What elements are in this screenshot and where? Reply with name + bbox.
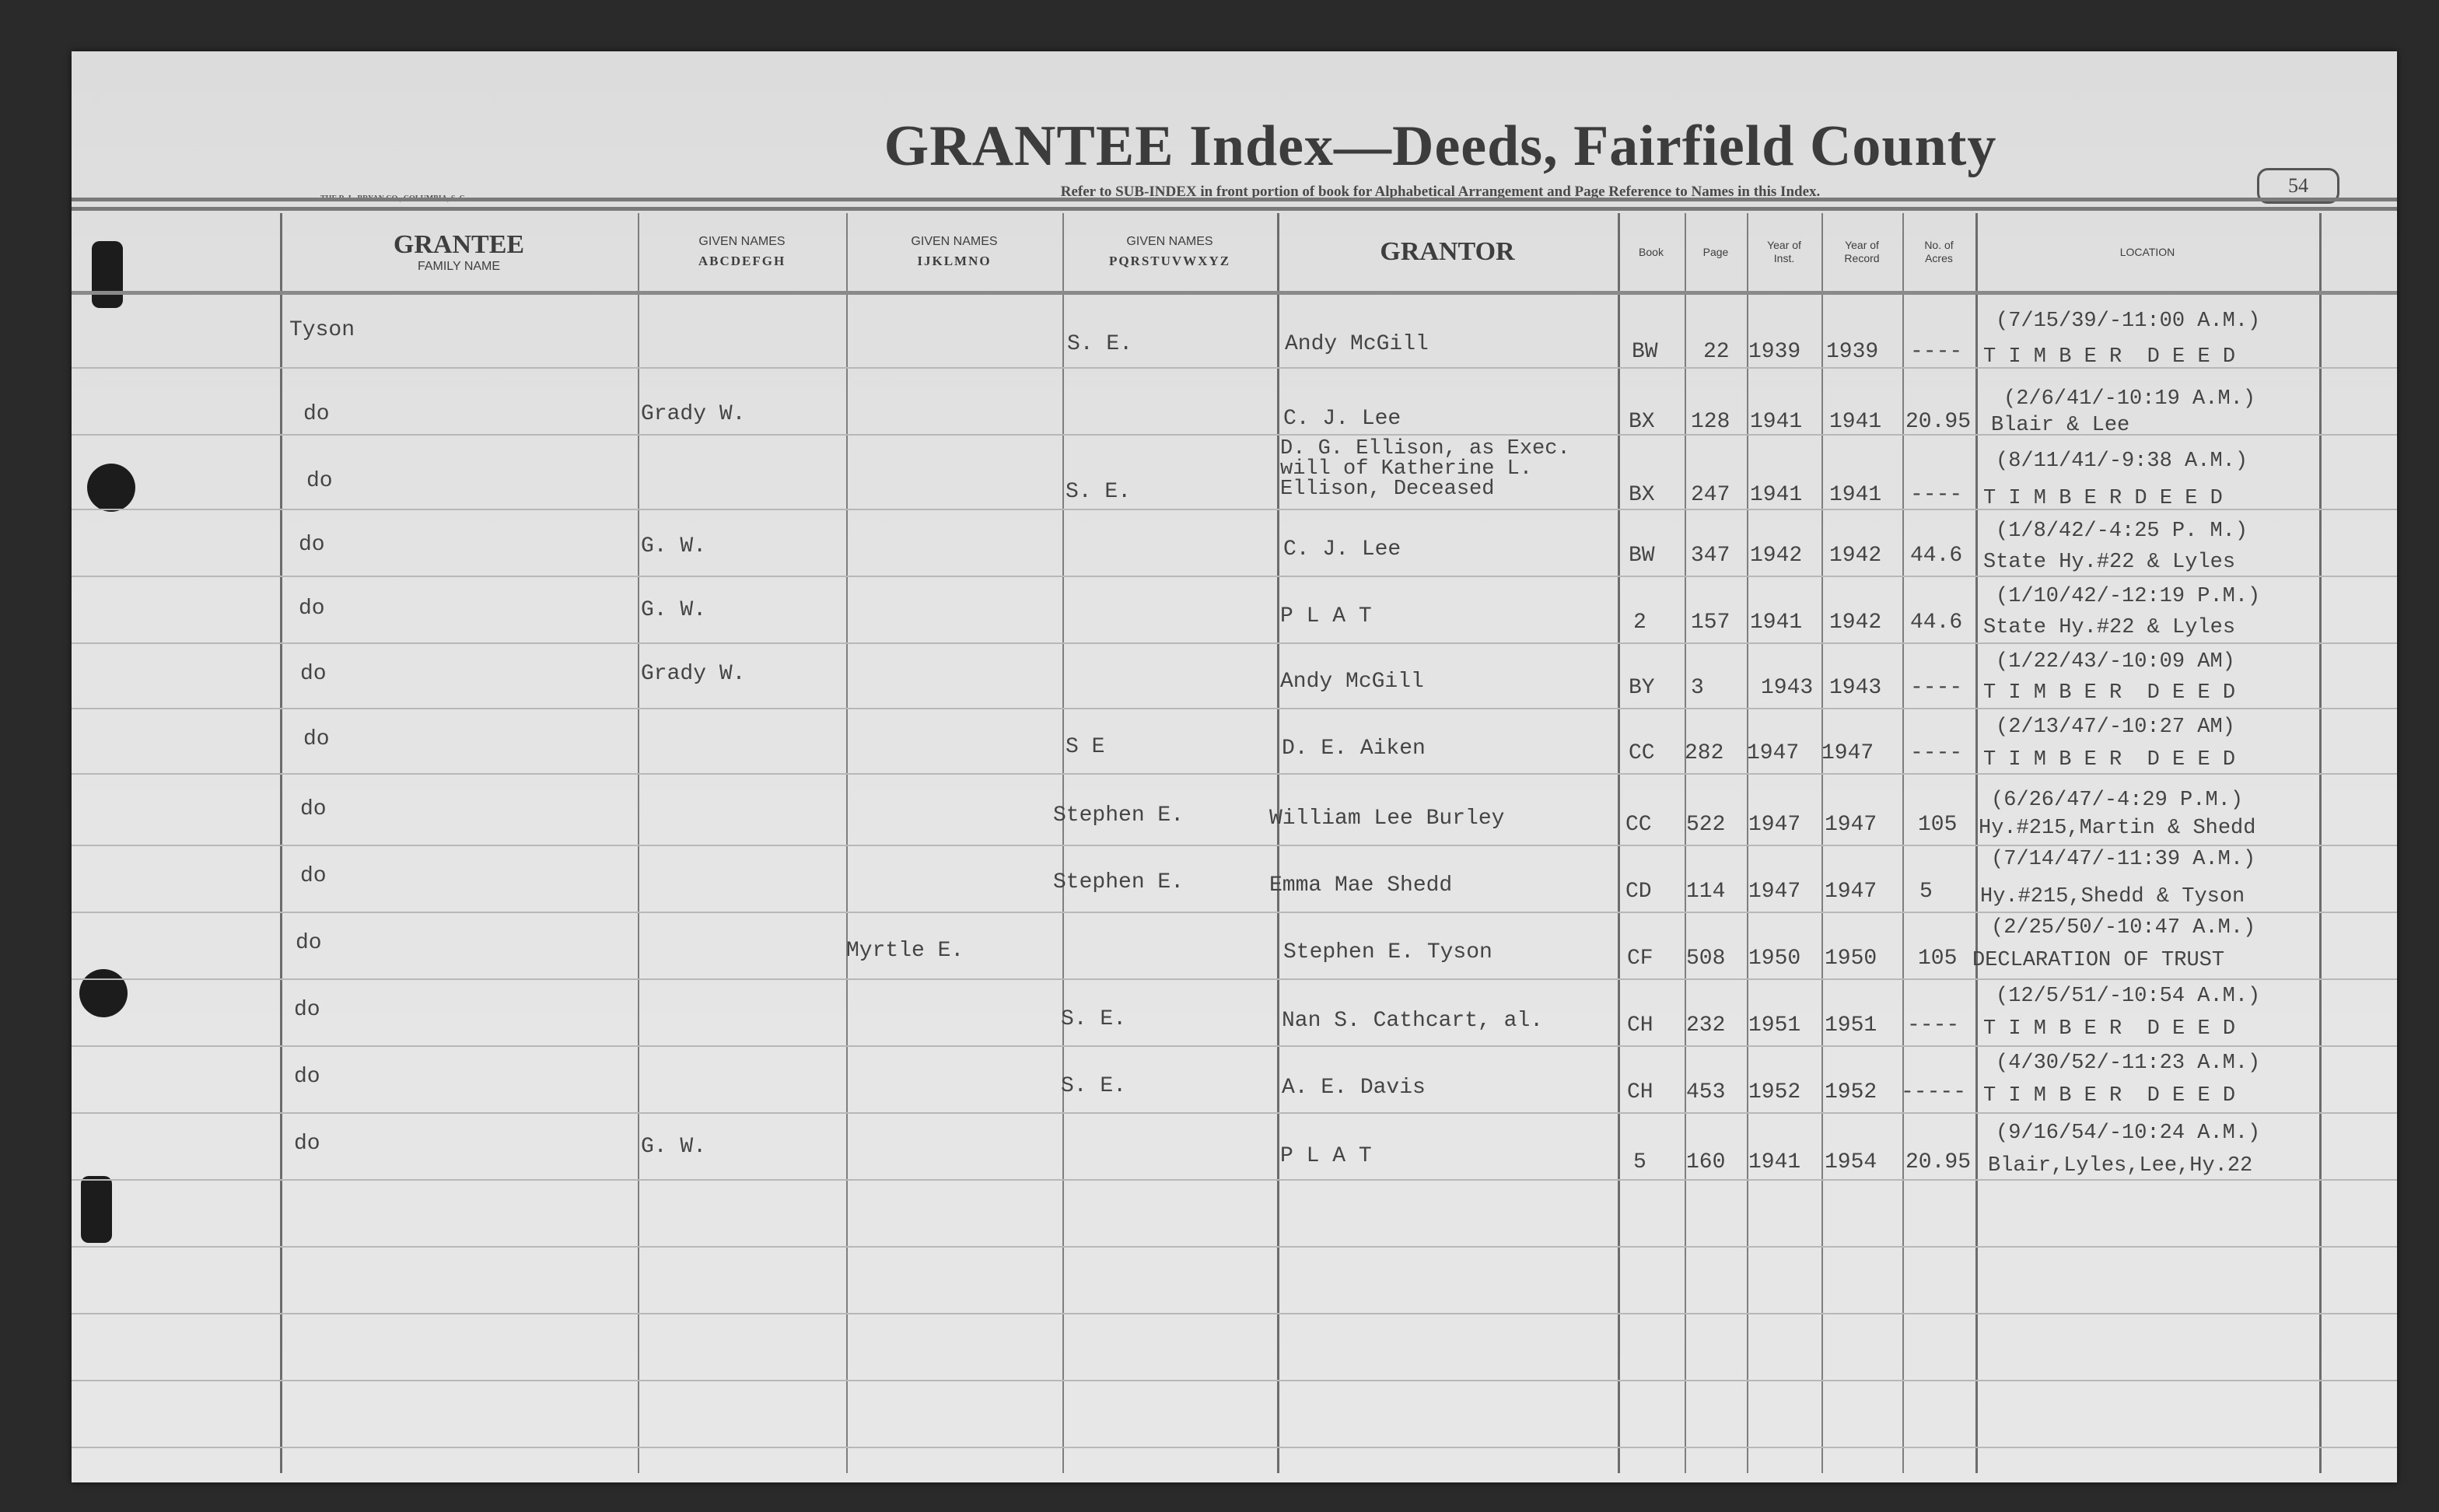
header-rule-top [72, 198, 2397, 201]
page: 282 [1685, 742, 1723, 765]
acres: ---- [1910, 341, 1962, 364]
col-line [1902, 213, 1904, 1473]
grantor: Andy McGill [1285, 333, 1429, 356]
page: 3 [1691, 677, 1704, 700]
header-acres: No. of Acres [1902, 213, 1975, 291]
header-rule-2 [72, 207, 2397, 211]
location-line-2: State Hy.#22 & Lyles [1983, 551, 2235, 574]
header-grantee-sub: FAMILY NAME [418, 260, 500, 274]
header-grantee: GRANTEE FAMILY NAME [280, 213, 638, 291]
col-line [280, 213, 282, 1473]
book: BX [1629, 484, 1655, 507]
location-line-1: (7/14/47/-11:39 A.M.) [1991, 848, 2255, 871]
grantee-given-abcdefgh: Grady W. [641, 403, 745, 426]
location-line-2: T I M B E R D E E D [1983, 748, 2235, 772]
location-line-2: T I M B E R D E E D [1983, 345, 2235, 369]
header-location: LOCATION [1975, 213, 2319, 291]
acres: 20.95 [1905, 411, 1971, 434]
grantee-family: do [300, 663, 327, 686]
acres: ---- [1910, 677, 1962, 700]
location-line-2: T I M B E R D E E D [1983, 1017, 2235, 1041]
index-card: GRANTEE Index—Deeds, Fairfield County Re… [72, 51, 2397, 1482]
grantee-given-abcdefgh: G. W. [641, 1136, 706, 1159]
location-line-2: T I M B E R D E E D [1983, 681, 2235, 705]
header-acres-label: No. of Acres [1916, 239, 1961, 265]
year-inst: 1952 [1748, 1081, 1800, 1104]
grantor: D. G. Ellison, as Exec. will of Katherin… [1280, 439, 1570, 499]
row-line [72, 1447, 2397, 1448]
location-line-2: Hy.#215,Shedd & Tyson [1980, 885, 2245, 908]
row-line [72, 978, 2397, 980]
row-line [72, 576, 2397, 577]
header-page-label: Page [1703, 246, 1729, 259]
year-record: 1942 [1829, 611, 1881, 635]
row-line [72, 845, 2397, 846]
year-record: 1942 [1829, 544, 1881, 568]
row-line [72, 912, 2397, 913]
row-line [72, 1313, 2397, 1314]
header-grantor: GRANTOR [1277, 213, 1618, 291]
binder-hole-lower [79, 969, 128, 1017]
row-line [72, 1112, 2397, 1114]
row-line [72, 1246, 2397, 1248]
header-book-label: Book [1639, 246, 1664, 259]
header-given-letters: ABCDEFGH [698, 254, 786, 269]
book: CC [1629, 742, 1655, 765]
year-inst: 1950 [1748, 947, 1800, 971]
location-line-2: State Hy.#22 & Lyles [1983, 616, 2235, 639]
col-line [638, 213, 639, 1473]
location-line-2: Hy.#215,Martin & Shedd [1979, 817, 2255, 840]
book: CH [1627, 1014, 1653, 1038]
row-line [72, 708, 2397, 709]
grantor: Nan S. Cathcart, al. [1282, 1010, 1543, 1033]
year-record: 1951 [1825, 1014, 1877, 1038]
location-line-2: Blair,Lyles,Lee,Hy.22 [1988, 1154, 2252, 1178]
grantor: William Lee Burley [1269, 807, 1504, 831]
grantee-family: do [306, 470, 333, 493]
book: 5 [1633, 1151, 1646, 1174]
year-inst: 1941 [1750, 411, 1802, 434]
grantee-family: do [299, 597, 325, 621]
book: BX [1629, 411, 1655, 434]
year-inst: 1939 [1748, 341, 1800, 364]
grantee-given-ijklmno: Myrtle E. [846, 940, 964, 963]
year-record: 1954 [1825, 1151, 1877, 1174]
header-year-record: Year of Record [1821, 213, 1902, 291]
binder-hole-upper [87, 464, 135, 512]
location-line-1: (2/13/47/-10:27 AM) [1996, 716, 2235, 739]
location-line-1: (2/25/50/-10:47 A.M.) [1991, 916, 2255, 940]
book: CH [1627, 1081, 1653, 1104]
year-record: 1941 [1829, 484, 1881, 507]
acres: 44.6 [1910, 544, 1962, 568]
acres: 105 [1918, 947, 1957, 971]
location-line-1: (1/8/42/-4:25 P. M.) [1996, 520, 2248, 543]
page: 128 [1691, 411, 1730, 434]
book: CC [1625, 814, 1652, 837]
header-given-letters: PQRSTUVWXYZ [1109, 254, 1230, 269]
acres: 44.6 [1910, 611, 1962, 635]
year-record: 1947 [1825, 880, 1877, 904]
header-grantee-title: GRANTEE [394, 230, 524, 260]
header-year-inst-label: Year of Inst. [1758, 239, 1811, 265]
card-title: GRANTEE Index—Deeds, Fairfield County [740, 114, 2140, 180]
location-line-2: Blair & Lee [1991, 414, 2129, 437]
header-year-inst: Year of Inst. [1747, 213, 1821, 291]
grantee-given-pqrstuvwxyz: S. E. [1061, 1075, 1126, 1098]
page: 453 [1686, 1081, 1725, 1104]
year-record: 1950 [1825, 947, 1877, 971]
grantor: Andy McGill [1280, 670, 1424, 694]
binder-slot-bottom [81, 1176, 112, 1243]
grantor: C. J. Lee [1283, 408, 1401, 431]
grantee-family: do [294, 1132, 320, 1156]
year-inst: 1951 [1748, 1014, 1800, 1038]
year-inst: 1947 [1747, 742, 1799, 765]
binder-slot-top [92, 241, 123, 308]
year-record: 1941 [1829, 411, 1881, 434]
year-inst: 1943 [1761, 677, 1813, 700]
year-inst: 1947 [1748, 814, 1800, 837]
location-line-1: (4/30/52/-11:23 A.M.) [1996, 1052, 2260, 1075]
acres: 105 [1918, 814, 1957, 837]
grantee-given-abcdefgh: G. W. [641, 599, 706, 622]
acres: ---- [1910, 742, 1962, 765]
grantee-given-pqrstuvwxyz: S. E. [1066, 481, 1131, 504]
header-given-title: GIVEN NAMES [1126, 235, 1213, 249]
acres: ---- [1907, 1014, 1959, 1038]
location-line-1: (1/10/42/-12:19 P.M.) [1996, 585, 2260, 608]
grantee-given-pqrstuvwxyz: Stephen E. [1053, 804, 1184, 828]
header-page: Page [1685, 213, 1747, 291]
acres: 5 [1919, 880, 1933, 904]
grantee-given-abcdefgh: Grady W. [641, 663, 745, 686]
location-line-2: T I M B E R D E E D [1983, 487, 2223, 510]
grantee-given-pqrstuvwxyz: S. E. [1061, 1008, 1126, 1031]
acres: ----- [1901, 1081, 1966, 1104]
location-line-1: (9/16/54/-10:24 A.M.) [1996, 1122, 2260, 1145]
grantee-family: Tyson [289, 319, 355, 342]
grantee-family: do [300, 798, 327, 821]
acres: 20.95 [1905, 1151, 1971, 1174]
header-given-title: GIVEN NAMES [698, 235, 785, 249]
location-line-2: DECLARATION OF TRUST [1972, 949, 2224, 972]
page: 247 [1691, 484, 1730, 507]
page: 22 [1703, 341, 1730, 364]
grantee-family: do [303, 728, 330, 751]
book: 2 [1633, 611, 1646, 635]
col-line [1821, 213, 1823, 1473]
col-line [1062, 213, 1064, 1473]
book: BW [1632, 341, 1658, 364]
row-line [72, 1045, 2397, 1047]
location-line-1: (6/26/47/-4:29 P.M.) [1991, 789, 2243, 812]
page: 160 [1686, 1151, 1725, 1174]
col-line [1685, 213, 1686, 1473]
row-line [72, 642, 2397, 644]
grantee-family: do [300, 865, 327, 888]
location-line-1: (7/15/39/-11:00 A.M.) [1996, 310, 2260, 333]
col-line [846, 213, 848, 1473]
header-grantor-title: GRANTOR [1380, 237, 1514, 267]
grantee-given-pqrstuvwxyz: S. E. [1067, 333, 1132, 356]
index-table: GRANTEE FAMILY NAME GIVEN NAMES ABCDEFGH… [280, 213, 2366, 1473]
book: CD [1625, 880, 1652, 904]
grantee-given-pqrstuvwxyz: Stephen E. [1053, 871, 1184, 894]
grantee-family: do [294, 1066, 320, 1089]
row-line [72, 1179, 2397, 1181]
grantee-family: do [296, 932, 322, 955]
grantee-family: do [303, 403, 330, 426]
page: 232 [1686, 1014, 1725, 1038]
header-given-title: GIVEN NAMES [911, 235, 997, 249]
year-inst: 1941 [1748, 1151, 1800, 1174]
grantor: P L A T [1280, 605, 1372, 628]
year-inst: 1941 [1750, 611, 1802, 635]
row-line [72, 773, 2397, 775]
grantee-given-abcdefgh: G. W. [641, 535, 706, 558]
grantor: P L A T [1280, 1145, 1372, 1168]
page: 347 [1691, 544, 1730, 568]
header-given-pqrstuvwxyz: GIVEN NAMES PQRSTUVWXYZ [1062, 213, 1277, 291]
col-line [1618, 213, 1620, 1473]
year-record: 1947 [1821, 742, 1874, 765]
year-inst: 1941 [1750, 484, 1802, 507]
header-given-letters: IJKLMNO [917, 254, 991, 269]
page: 522 [1686, 814, 1725, 837]
grantor: Emma Mae Shedd [1269, 874, 1452, 898]
col-line [1277, 213, 1279, 1473]
grantor: C. J. Lee [1283, 538, 1401, 562]
book: CF [1627, 947, 1653, 971]
grantee-given-pqrstuvwxyz: S E [1066, 736, 1104, 759]
grantor: Stephen E. Tyson [1283, 941, 1492, 964]
location-line-1: (2/6/41/-10:19 A.M.) [2003, 387, 2255, 411]
header-book: Book [1618, 213, 1685, 291]
location-line-1: (12/5/51/-10:54 A.M.) [1996, 985, 2260, 1008]
header-rule-bottom [72, 291, 2397, 295]
page: 508 [1686, 947, 1725, 971]
col-line [2319, 213, 2322, 1473]
grantor: A. E. Davis [1282, 1076, 1426, 1100]
year-inst: 1942 [1750, 544, 1802, 568]
header-given-ijklmno: GIVEN NAMES IJKLMNO [846, 213, 1062, 291]
page: 157 [1691, 611, 1730, 635]
year-inst: 1947 [1748, 880, 1800, 904]
year-record: 1939 [1826, 341, 1878, 364]
year-record: 1947 [1825, 814, 1877, 837]
page: 114 [1686, 880, 1725, 904]
year-record: 1943 [1829, 677, 1881, 700]
col-line [1747, 213, 1748, 1473]
acres: ---- [1910, 484, 1962, 507]
header-given-abcdefgh: GIVEN NAMES ABCDEFGH [638, 213, 846, 291]
location-line-2: T I M B E R D E E D [1983, 1084, 2235, 1108]
header-year-record-label: Year of Record [1834, 239, 1890, 265]
col-line [1975, 213, 1978, 1473]
year-record: 1952 [1825, 1081, 1877, 1104]
book: BY [1629, 677, 1655, 700]
location-line-1: (1/22/43/-10:09 AM) [1996, 650, 2235, 674]
book: BW [1629, 544, 1655, 568]
grantee-family: do [294, 999, 320, 1022]
grantee-family: do [299, 534, 325, 557]
row-line [72, 1380, 2397, 1381]
location-line-1: (8/11/41/-9:38 A.M.) [1996, 450, 2248, 473]
header-location-label: LOCATION [2120, 246, 2175, 259]
grantor: D. E. Aiken [1282, 737, 1426, 761]
